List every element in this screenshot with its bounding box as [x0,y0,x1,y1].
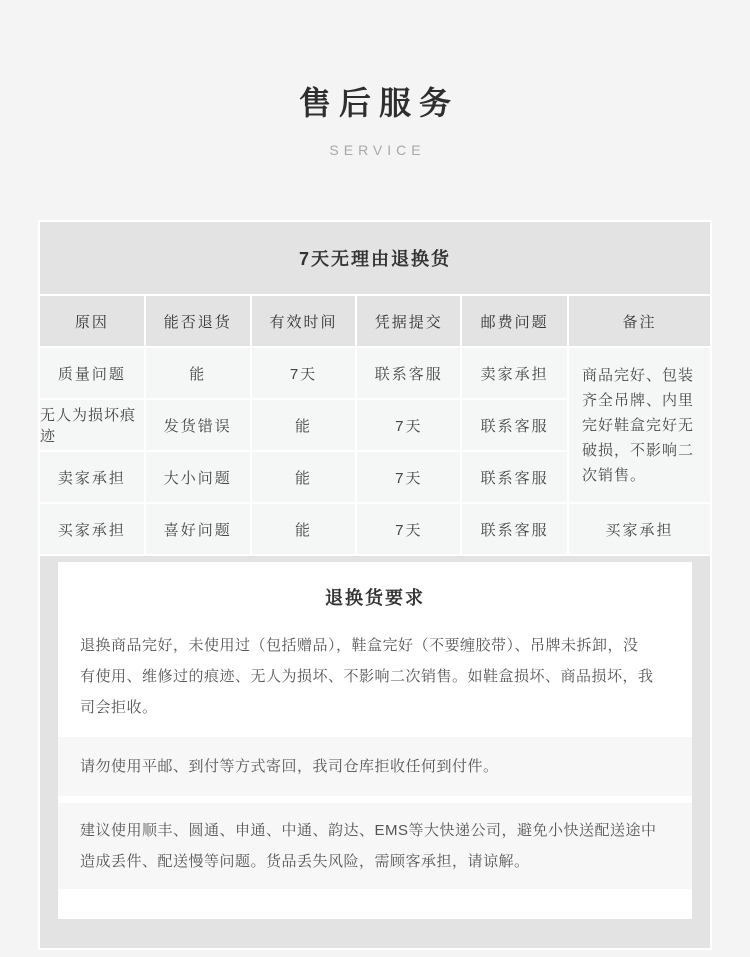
table-row-cell: 质量问题 [40,348,144,398]
after-sales-page: { "page": { "title": "售后服务", "subtitle":… [0,0,750,957]
returns-table: 原因 能否退货 有效时间 凭据提交 邮费问题 备注 质量问题 能 7天 联系客服… [40,296,710,554]
table-row-cell: 大小问题 [146,452,250,502]
table-title: 7天无理由退换货 [40,222,710,294]
table-row-cell: 联系客服 [462,504,567,554]
table-row-cell: 能 [252,452,356,502]
table-row-cell: 能 [146,348,250,398]
col-header-returnable: 能否退货 [146,296,250,346]
table-row-remark: 无人为损坏痕迹 [40,400,144,450]
col-header-evidence: 凭据提交 [357,296,460,346]
table-row-cell: 联系客服 [462,452,567,502]
table-row-cell: 7天 [357,452,460,502]
page-subtitle: SERVICE [0,142,750,158]
table-row-cell: 能 [252,400,356,450]
table-row-cell: 喜好问题 [146,504,250,554]
hero-section: 售后服务 SERVICE [0,0,750,158]
col-header-remark: 备注 [569,296,710,346]
table-row-cell: 买家承担 [569,504,710,554]
page-title: 售后服务 [0,78,750,124]
col-header-postage: 邮费问题 [462,296,567,346]
table-merged-remark: 商品完好、包装 齐全吊牌、内里 完好鞋盒完好无 破损，不影响二 次销售。 [569,348,710,502]
requirements-paragraph-1: 退换商品完好，未使用过（包括赠品），鞋盒完好（不要缠胶带）、吊牌未拆卸，没 有使… [80,630,670,723]
table-row-cell: 7天 [357,504,460,554]
requirements-title: 退换货要求 [58,562,692,610]
col-header-valid: 有效时间 [252,296,356,346]
col-header-reason: 原因 [40,296,144,346]
table-row-cell: 卖家承担 [40,452,144,502]
table-row-cell: 发货错误 [146,400,250,450]
requirements-paragraph-2: 请勿使用平邮、到付等方式寄回，我司仓库拒收任何到付件。 [58,737,692,796]
requirements-section: 退换货要求 退换商品完好，未使用过（包括赠品），鞋盒完好（不要缠胶带）、吊牌未拆… [40,556,710,948]
requirements-paragraph-3: 建议使用顺丰、圆通、申通、中通、韵达、EMS等大快递公司，避免小快送配送途中 造… [58,803,692,889]
table-row-cell: 联系客服 [357,348,460,398]
table-row-cell: 7天 [252,348,356,398]
table-row-cell: 卖家承担 [462,348,567,398]
table-row-cell: 能 [252,504,356,554]
table-row-cell: 7天 [357,400,460,450]
table-row-cell: 买家承担 [40,504,144,554]
requirements-panel: 退换货要求 退换商品完好，未使用过（包括赠品），鞋盒完好（不要缠胶带）、吊牌未拆… [58,562,692,919]
return-policy-card: 7天无理由退换货 原因 能否退货 有效时间 凭据提交 邮费问题 备注 质量问题 … [38,220,712,950]
table-row-cell: 联系客服 [462,400,567,450]
